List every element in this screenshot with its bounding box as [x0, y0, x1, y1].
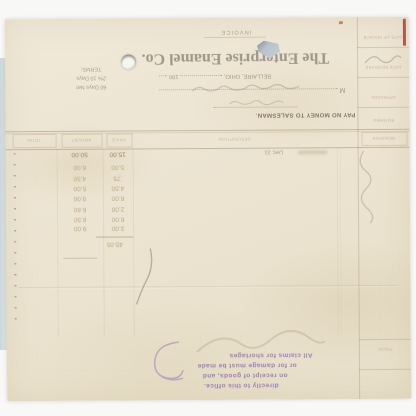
col-rule-4 [337, 147, 339, 335]
row-amount: 8.50 [60, 216, 100, 223]
red-edge-mark [403, 19, 406, 46]
col-rule-1 [57, 149, 59, 337]
stamp-line-2: or for damage must be made [159, 361, 335, 369]
row-tick-dots [14, 153, 17, 329]
row-price: 2.00 [104, 205, 132, 212]
stub-label-approved: APPROVED [359, 95, 407, 100]
stub-label-date-of-invoice: DATE OF INVOICE [359, 35, 407, 40]
first-row-note: Dec 31 [244, 148, 304, 154]
sold-to-prefix: M [339, 86, 345, 93]
address-squiggle [227, 98, 287, 108]
stub-rule-2 [357, 77, 409, 78]
terms-line2: 60 Days Net [59, 84, 123, 90]
col-rule-5 [340, 147, 342, 335]
handwriting-squiggle [190, 81, 310, 96]
scanned-invoice-page: { "invoice": { "label": "INVOICE", "comp… [0, 0, 416, 416]
row-price: 6.00 [104, 215, 132, 222]
row-price: .75 [104, 174, 132, 181]
row-amount: 50.00 [60, 151, 100, 158]
pay-notice: PAY NO MONEY TO SALESMAN. [255, 111, 355, 118]
year-suffix: 190 [169, 73, 179, 79]
invoice-paper: INVOICE The Enterprise Enamel Co. TERMS:… [5, 17, 411, 401]
header-label-total: TOTAL [13, 138, 55, 143]
terms-label: TERMS: [63, 66, 119, 72]
row-price: 5.00 [104, 163, 132, 170]
red-speck [339, 21, 343, 24]
row-price: 6.00 [104, 194, 132, 201]
stub-scrawl-2 [350, 147, 380, 227]
first-row-smudge [298, 150, 328, 154]
row-price: 15.00 [104, 150, 132, 157]
invoice-label: INVOICE [210, 29, 262, 35]
row-amount: 6.00 [60, 164, 100, 171]
stamp-line-4: directly to this office. [171, 381, 311, 389]
row-amount: 5.00 [60, 185, 100, 192]
invoice-underline [204, 37, 266, 38]
row-price: 3.00 [104, 224, 132, 231]
terms-line1: 2% 10 Days [59, 75, 123, 81]
total-value: 45.05 [96, 240, 133, 247]
stub-rule-3 [357, 107, 409, 108]
stub-scrawl-1 [361, 49, 405, 71]
header-label-amount: AMOUNT [62, 138, 101, 143]
light-flourish [193, 321, 329, 366]
punch-hole [121, 54, 136, 69]
header-label-description: DESCRIPTION [137, 136, 333, 142]
row-price: 4.50 [104, 184, 132, 191]
stub-label-entered: ENTERED [359, 118, 407, 123]
row-amount: 9.00 [60, 225, 100, 232]
total-rule-top [96, 236, 133, 237]
header-label-remarks: REMARKS [362, 136, 406, 141]
year-leader [159, 75, 167, 82]
stub-rule-5 [359, 369, 411, 370]
pencil-curve [132, 246, 156, 306]
row-amount: 9.00 [60, 195, 100, 202]
row-amount: 4.50 [60, 175, 100, 182]
row-amount: 6.60 [60, 206, 100, 213]
stub-label-folio: FOLIO [361, 347, 409, 352]
stamp-line-3: on receipt of goods, and [165, 371, 325, 379]
total-rule-2 [63, 258, 97, 259]
header-label-price: PRICE [107, 137, 131, 142]
company-title: The Enterprise Enamel Co. [155, 48, 329, 67]
stub-rule-4 [359, 339, 411, 340]
city-prefix: BELLAIRE, OHIO, [224, 73, 271, 79]
stamp-line-1: All claims for shortages [203, 351, 339, 359]
